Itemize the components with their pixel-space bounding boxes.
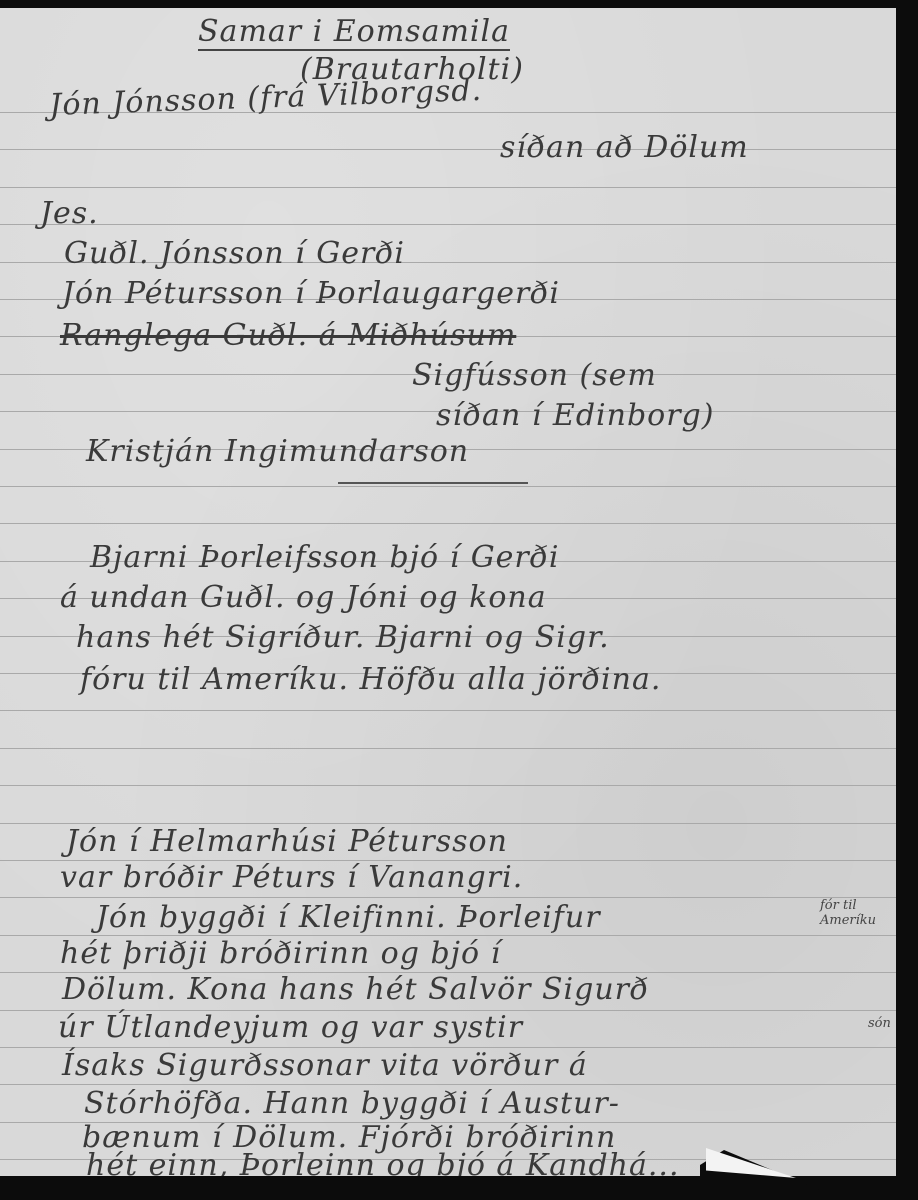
margin-note-2: són: [868, 1016, 891, 1031]
ruled-line: [0, 748, 896, 749]
text-line-19: úr Útlandeyjum og var systir: [58, 1010, 523, 1045]
text-line-4: Guðl. Jónsson í Gerði: [64, 236, 405, 271]
text-line-11: á undan Guðl. og Jóni og kona: [60, 580, 547, 615]
text-line-15: var bróðir Péturs í Vanangri.: [60, 860, 523, 895]
text-line-1: Jón Jónsson (frá Vilborgsd.: [49, 73, 483, 123]
ruled-line: [0, 224, 896, 225]
text-line-9: Kristján Ingimundarson: [86, 434, 469, 469]
ruled-line: [0, 149, 896, 150]
section-divider: [338, 482, 528, 484]
ruled-line: [0, 523, 896, 524]
document-title: Samar i Eomsamila: [198, 14, 510, 51]
text-line-14: Jón í Helmarhúsi Pétursson: [66, 824, 508, 859]
text-line-23: hét einn, Þorleinn og bjó á Kandhá...: [86, 1148, 680, 1176]
text-line-2: síðan að Dölum: [500, 130, 749, 165]
text-line-17: hét þriðji bróðirinn og bjó í: [60, 936, 501, 971]
text-line-6: Ranglega Guðl. á Miðhúsum: [60, 318, 516, 353]
ruled-line: [0, 785, 896, 786]
margin-note-1: fór til Ameríku: [820, 898, 880, 928]
ruled-line: [0, 486, 896, 487]
text-line-20: Ísaks Sigurðssonar vita vörður á: [62, 1048, 588, 1083]
ruled-line: [0, 710, 896, 711]
text-line-21: Stórhöfða. Hann byggði í Austur-: [84, 1086, 620, 1121]
ruled-line: [0, 1084, 896, 1085]
text-line-5: Jón Pétursson í Þorlaugargerði: [62, 276, 560, 311]
text-line-18: Dölum. Kona hans hét Salvör Sigurð: [62, 972, 649, 1007]
ruled-line: [0, 187, 896, 188]
text-line-8: síðan í Edinborg): [436, 398, 714, 433]
text-line-16: Jón byggði í Kleifinni. Þorleifur: [96, 900, 601, 935]
text-line-10: Bjarni Þorleifsson bjó í Gerði: [90, 540, 559, 575]
ruled-line: [0, 897, 896, 898]
text-line-13: fóru til Ameríku. Höfðu alla jörðina.: [80, 662, 661, 697]
manuscript-page: Samar i Eomsamila (Brautarholti) Jón Jón…: [0, 8, 896, 1176]
text-line-7: Sigfússon (sem: [412, 358, 657, 393]
text-line-12: hans hét Sigríður. Bjarni og Sigr.: [76, 620, 610, 655]
text-line-3: Jes.: [40, 196, 99, 231]
